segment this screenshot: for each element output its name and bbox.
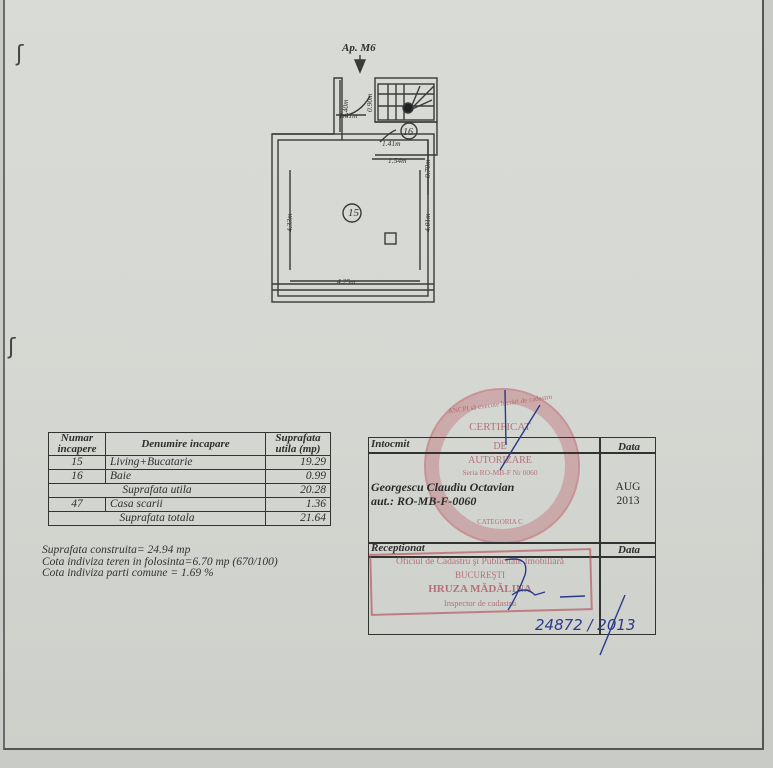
- table-row: 47 Casa scarii 1.36: [49, 498, 331, 512]
- floor-plan-drawing: 15 16 1.01m 1.41m 1.54m 4.25m 4.33m 4.01…: [0, 0, 773, 320]
- table-row: 16 Baie 0.99: [49, 470, 331, 484]
- svg-text:4.33m: 4.33m: [285, 213, 294, 232]
- svg-text:0.70m: 0.70m: [423, 159, 432, 178]
- date-label: Data: [605, 441, 653, 453]
- svg-text:4.01m: 4.01m: [423, 213, 432, 232]
- header-room-number: Numar incapere: [49, 433, 106, 456]
- svg-text:1.54m: 1.54m: [388, 156, 407, 165]
- prepared-date: AUG 2013: [601, 480, 655, 508]
- table-total-row: Suprafata totala 21.64: [49, 512, 331, 526]
- author-name: Georgescu Claudiu Octavian: [371, 480, 514, 494]
- header-area: Suprafata utila (mp): [266, 433, 331, 456]
- header-room-name: Denumire incapare: [106, 433, 266, 456]
- room-number-16: 16: [403, 127, 413, 138]
- area-notes: Suprafata construita= 24.94 mp Cota indi…: [42, 545, 278, 580]
- author-info: Georgescu Claudiu Octavian aut.: RO-MB-F…: [371, 480, 514, 508]
- built-area-note: Suprafata construita= 24.94 mp: [42, 545, 278, 557]
- common-parts-note: Cota indiviza parti comune = 1.69 %: [42, 568, 278, 580]
- table-header-row: Numar incapere Denumire incapare Suprafa…: [49, 433, 331, 456]
- prepared-by-label: Intocmit: [371, 438, 410, 450]
- room-number-15: 15: [348, 207, 360, 219]
- binder-mark-middle: ʃ: [8, 335, 15, 360]
- author-id: aut.: RO-MB-F-0060: [371, 494, 514, 508]
- table-row: 15 Living+Bucatarie 19.29: [49, 456, 331, 470]
- table-subtotal-row: Suprafata utila 20.28: [49, 484, 331, 498]
- rooms-table: Numar incapere Denumire incapare Suprafa…: [48, 432, 331, 526]
- svg-text:0.90m: 0.90m: [365, 93, 374, 112]
- svg-text:1.41m: 1.41m: [382, 139, 401, 148]
- floor-plan: Ap. M6: [0, 0, 773, 320]
- svg-text:4.25m: 4.25m: [337, 277, 356, 286]
- registration-number: 24872 / 2013: [535, 616, 635, 634]
- received-date-label: Data: [605, 544, 653, 556]
- svg-text:1.40m: 1.40m: [341, 99, 350, 118]
